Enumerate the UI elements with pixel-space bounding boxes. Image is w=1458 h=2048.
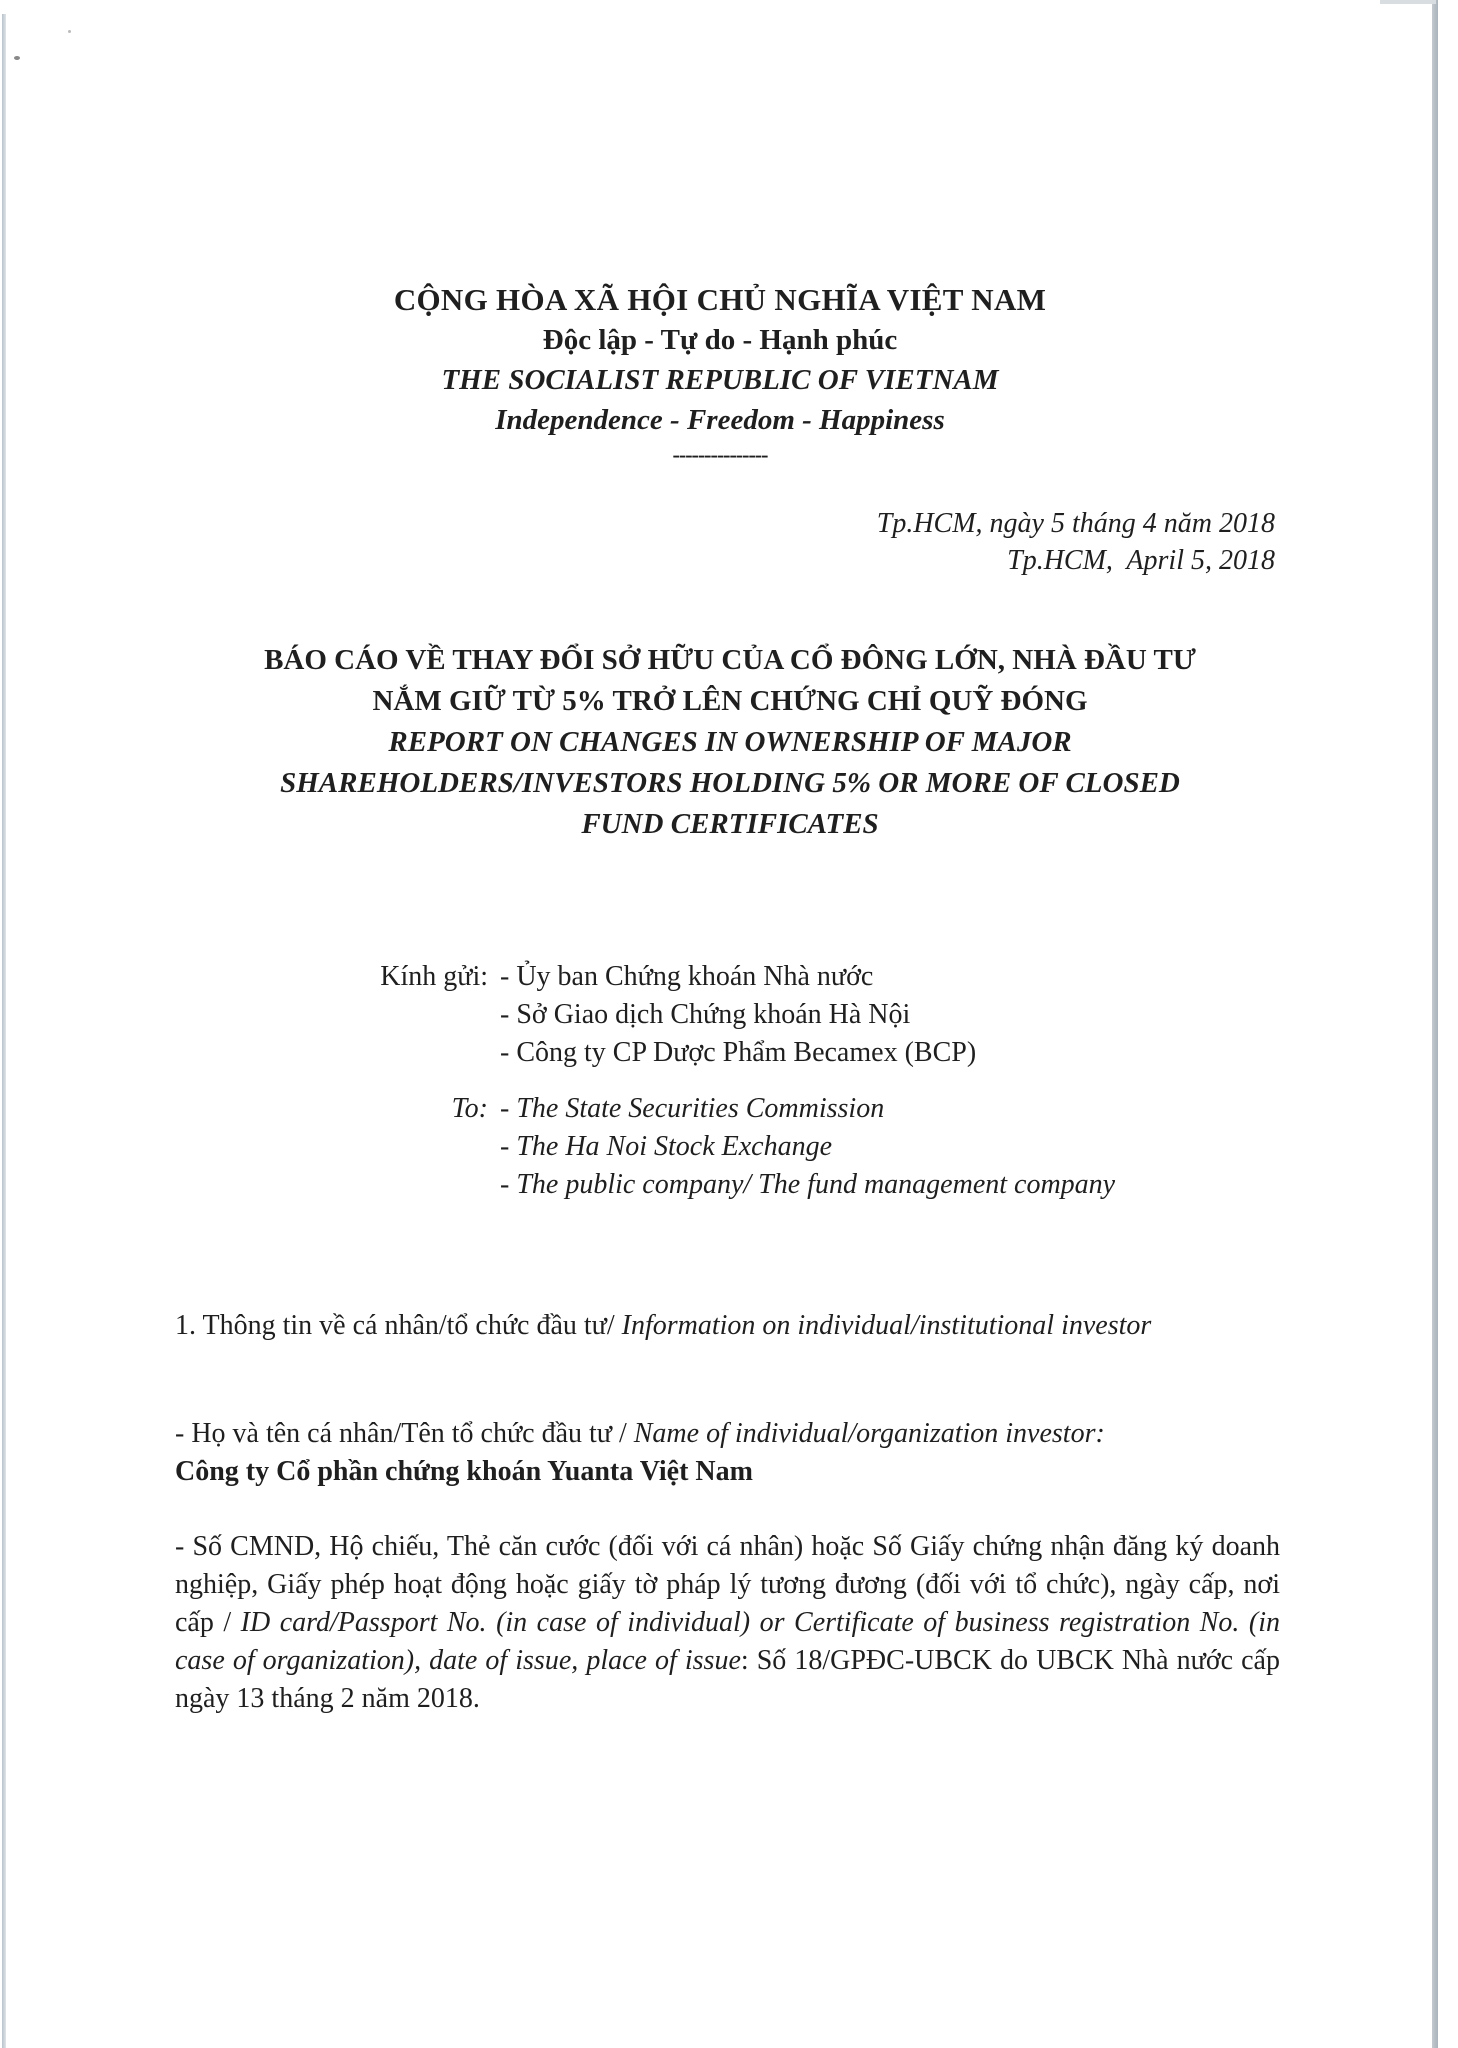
recipient-item: - Ủy ban Chứng khoán Nhà nước xyxy=(500,958,1200,996)
national-title-vi: CỘNG HÒA XÃ HỘI CHỦ NGHĨA VIỆT NAM xyxy=(0,280,1440,320)
recipients-en-label: To: xyxy=(370,1090,500,1204)
recipients-en-list: - The State Securities Commission - The … xyxy=(500,1090,1200,1204)
investor-name-label-vi: - Họ và tên cá nhân/Tên tổ chức đầu tư / xyxy=(175,1418,627,1449)
recipients-vi-list: - Ủy ban Chứng khoán Nhà nước - Sở Giao … xyxy=(500,958,1200,1072)
recipients: Kính gửi: - Ủy ban Chứng khoán Nhà nước … xyxy=(370,958,1200,1204)
header-divider: --------------- xyxy=(0,443,1440,467)
section1-heading-en: Information on individual/institutional … xyxy=(622,1310,1152,1341)
report-title-vi-line1: BÁO CÁO VỀ THAY ĐỔI SỞ HỮU CỦA CỔ ĐÔNG L… xyxy=(180,640,1280,681)
date-en: Tp.HCM, April 5, 2018 xyxy=(877,542,1275,579)
recipient-item: - The State Securities Commission xyxy=(500,1090,1200,1128)
recipients-en: To: - The State Securities Commission - … xyxy=(370,1090,1200,1204)
recipient-item: - Sở Giao dịch Chứng khoán Hà Nội xyxy=(500,996,1200,1034)
recipient-item: - Công ty CP Dược Phẩm Becamex (BCP) xyxy=(500,1034,1200,1072)
recipients-vi: Kính gửi: - Ủy ban Chứng khoán Nhà nước … xyxy=(370,958,1200,1072)
national-motto-en: Independence - Freedom - Happiness xyxy=(0,400,1440,440)
report-title-en-line1: REPORT ON CHANGES IN OWNERSHIP OF MAJOR xyxy=(180,722,1280,763)
report-title-en-line3: FUND CERTIFICATES xyxy=(180,804,1280,845)
recipients-vi-label: Kính gửi: xyxy=(370,958,500,1072)
investor-name-label-en: Name of individual/organization investor… xyxy=(634,1418,1105,1449)
report-title-en-line2: SHAREHOLDERS/INVESTORS HOLDING 5% OR MOR… xyxy=(180,763,1280,804)
national-title-en: THE SOCIALIST REPUBLIC OF VIETNAM xyxy=(0,360,1440,400)
scan-speck xyxy=(14,56,20,60)
recipient-item: - The public company/ The fund managemen… xyxy=(500,1166,1140,1204)
investor-name-value: Công ty Cổ phần chứng khoán Yuanta Việt … xyxy=(175,1453,1280,1491)
section1-heading: 1. Thông tin về cá nhân/tổ chức đầu tư/ … xyxy=(175,1307,1280,1345)
date-block: Tp.HCM, ngày 5 tháng 4 năm 2018 Tp.HCM, … xyxy=(877,505,1275,579)
investor-name-item: - Họ và tên cá nhân/Tên tổ chức đầu tư /… xyxy=(175,1415,1280,1491)
report-title: BÁO CÁO VỀ THAY ĐỔI SỞ HỮU CỦA CỔ ĐÔNG L… xyxy=(180,640,1280,845)
section1-heading-vi: 1. Thông tin về cá nhân/tổ chức đầu tư/ xyxy=(175,1310,615,1341)
investor-id-item: - Số CMND, Hộ chiếu, Thẻ căn cước (đối v… xyxy=(175,1528,1280,1718)
scan-speck xyxy=(68,30,71,33)
national-motto-vi: Độc lập - Tự do - Hạnh phúc xyxy=(0,320,1440,360)
recipient-item: - The Ha Noi Stock Exchange xyxy=(500,1128,1200,1166)
date-vi: Tp.HCM, ngày 5 tháng 4 năm 2018 xyxy=(877,505,1275,542)
report-title-vi-line2: NẮM GIỮ TỪ 5% TRỞ LÊN CHỨNG CHỈ QUỸ ĐÓNG xyxy=(180,681,1280,722)
scan-edge-top xyxy=(1380,0,1436,4)
